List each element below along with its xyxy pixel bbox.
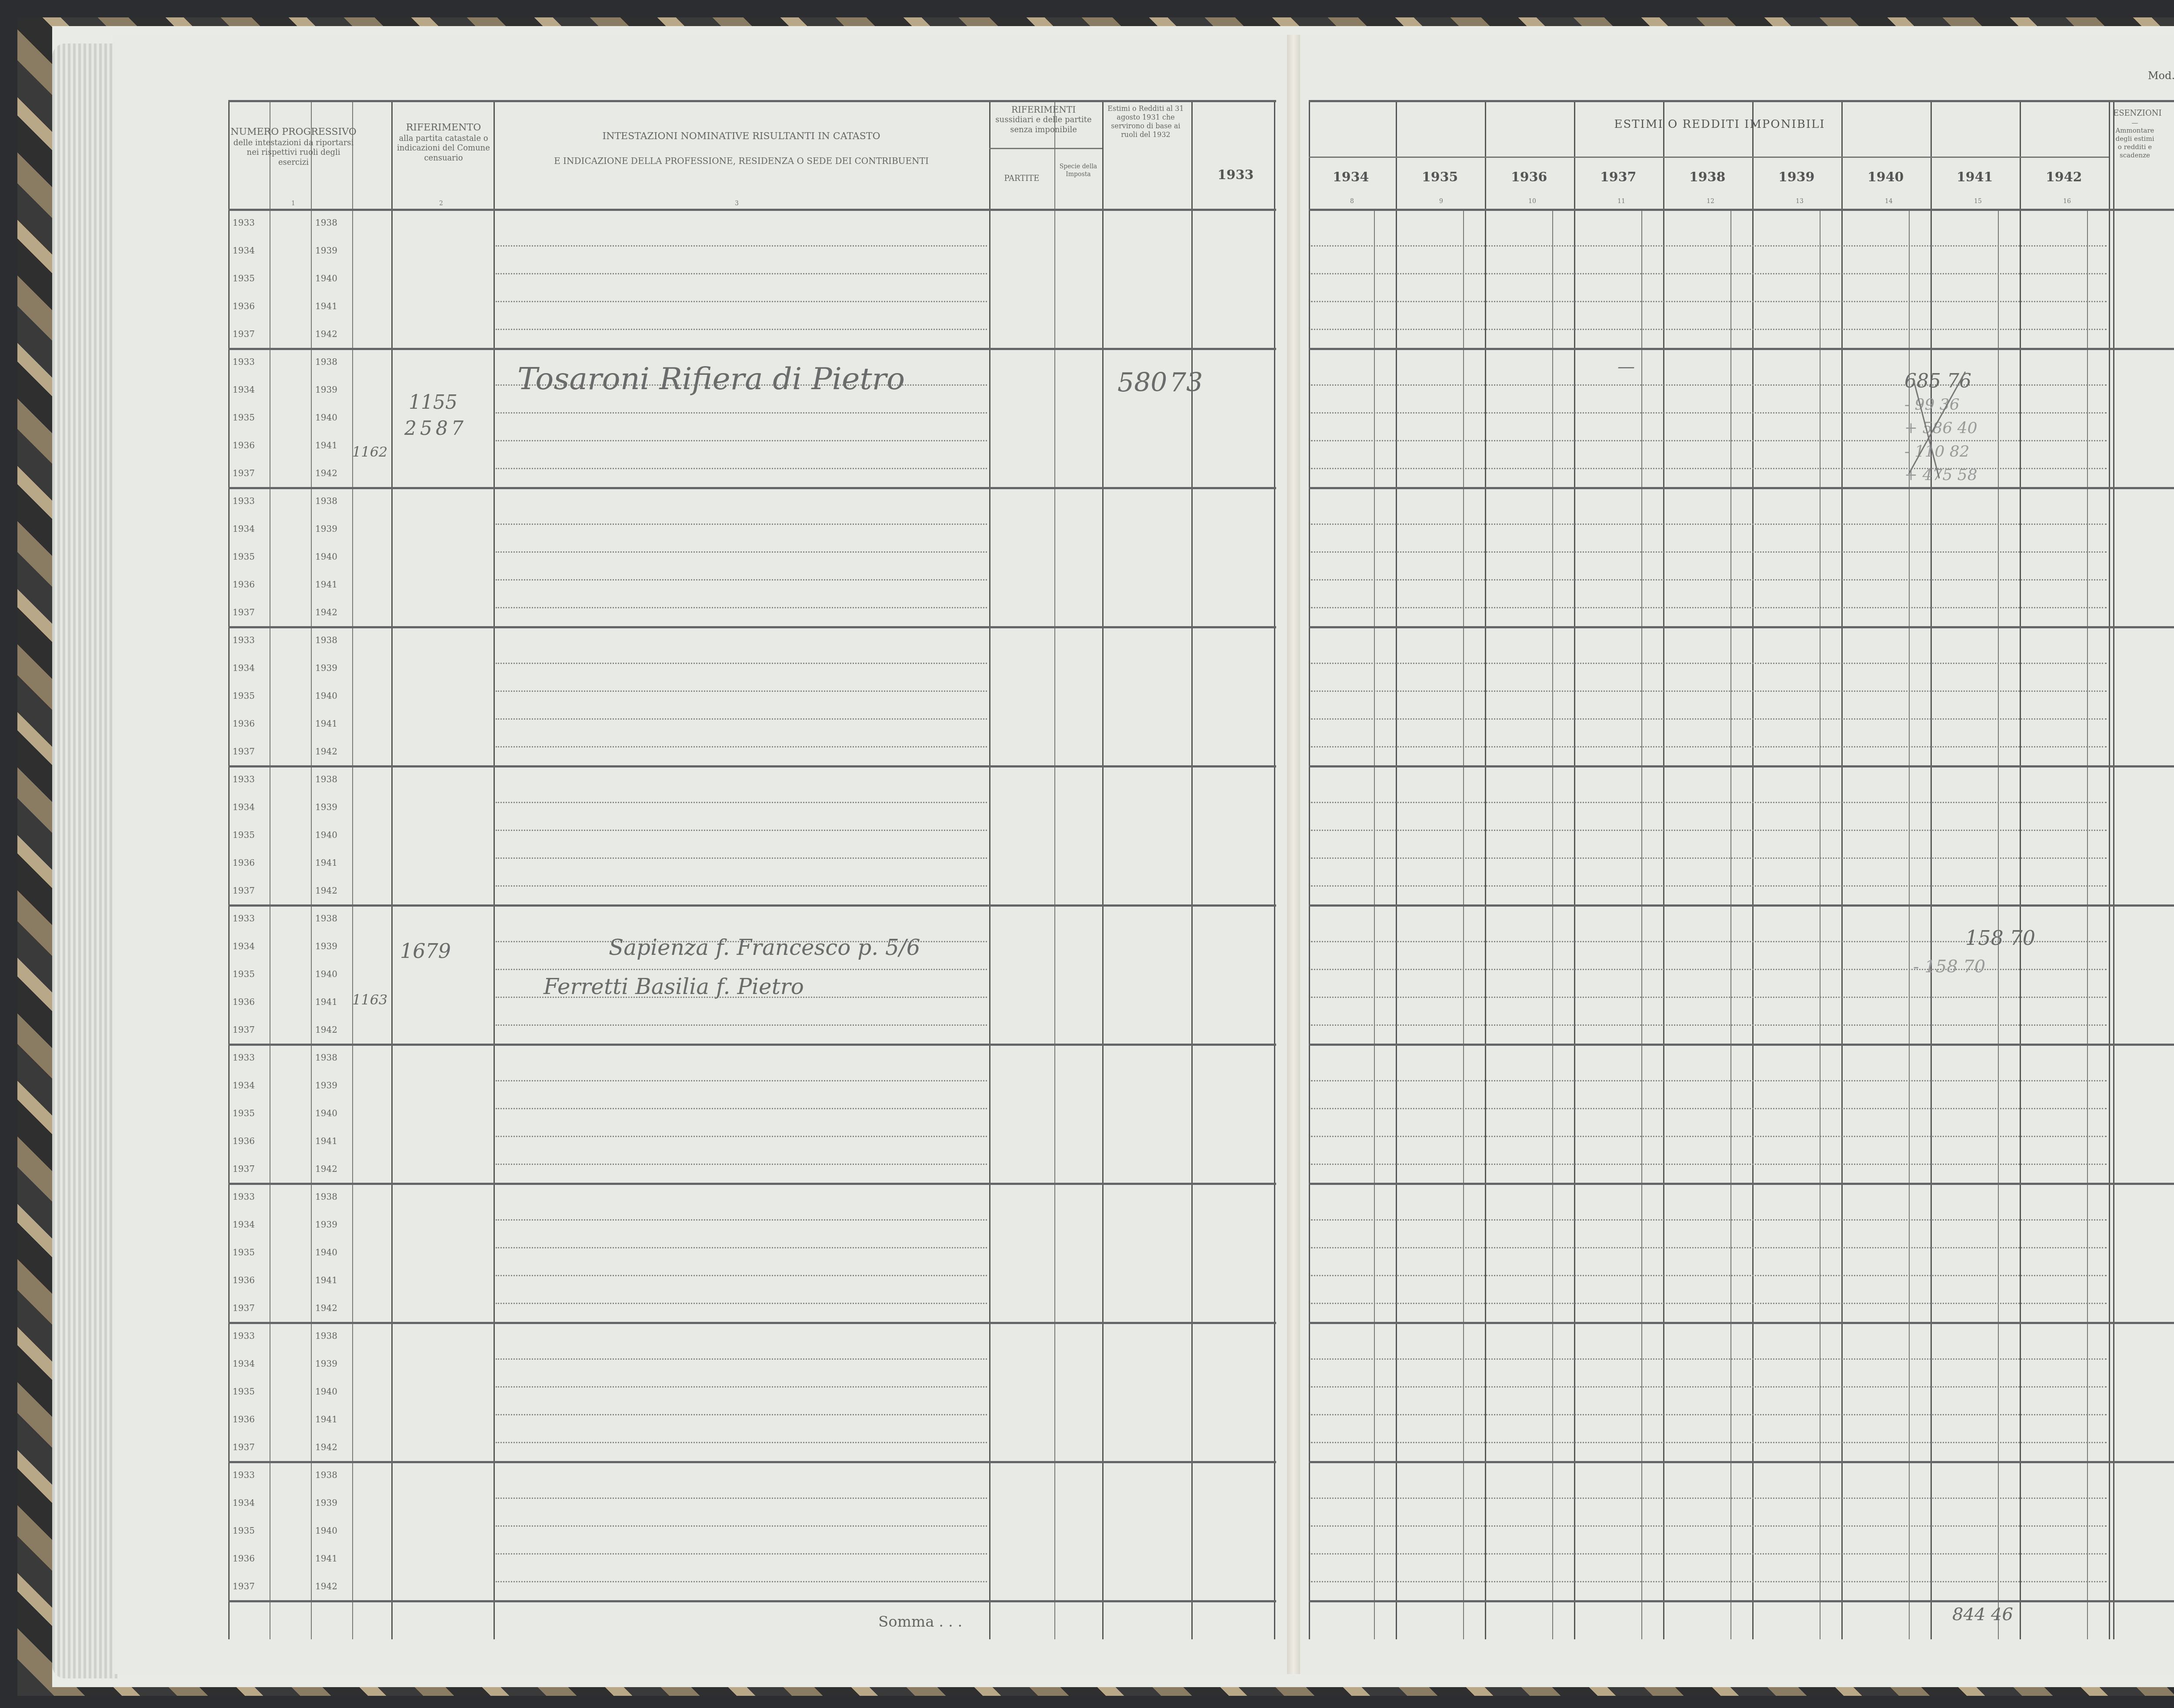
header-year-1935: 1935 (1422, 170, 1458, 185)
year-left: 1934 (233, 802, 255, 812)
year-left: 1933 (233, 496, 255, 506)
year-left: 1936 (233, 857, 255, 868)
dotted-row (1311, 1525, 2107, 1527)
block-separator (1309, 1600, 2174, 1602)
year-right: 1940 (315, 1525, 337, 1536)
year-right: 1940 (315, 969, 337, 979)
dotted-row (496, 579, 987, 580)
year-right: 1942 (315, 468, 337, 478)
year-right: 1939 (315, 663, 337, 673)
block-separator (228, 765, 1276, 767)
col-num: 14 (1885, 198, 1893, 205)
year-left: 1937 (233, 1442, 255, 1452)
block-separator (228, 1322, 1276, 1324)
year-left: 1935 (233, 1108, 255, 1118)
grid-vline (1931, 100, 1932, 1639)
dotted-row (496, 1581, 987, 1582)
block-separator (228, 1183, 1276, 1185)
col-num: 8 (1350, 198, 1354, 205)
grid-vline (228, 100, 230, 1639)
year-left: 1937 (233, 468, 255, 478)
year-right: 1939 (315, 524, 337, 534)
grid-cents-line (1374, 209, 1375, 1639)
year-right: 1941 (315, 718, 337, 729)
year-right: 1940 (315, 1386, 337, 1397)
year-left: 1935 (233, 1247, 255, 1258)
grid-vline (1841, 100, 1843, 1639)
year-right: 1941 (315, 1275, 337, 1285)
dotted-row (496, 245, 987, 247)
col-num-3: 3 (735, 200, 739, 207)
block-separator (1309, 1322, 2174, 1324)
grid-vline (352, 100, 353, 1639)
grid-header-bottom-left (228, 209, 1276, 211)
grid-vline (1309, 100, 1310, 1639)
dotted-row (496, 273, 987, 274)
header-year-1933: 1933 (1217, 167, 1254, 183)
year-left: 1937 (233, 1581, 255, 1591)
dotted-row (496, 830, 987, 831)
dotted-row (496, 969, 987, 970)
year-right: 1938 (315, 1470, 337, 1480)
header-esenzioni: ESENZIONI — Ammontare degli estimi o red… (2113, 109, 2157, 159)
dotted-row (496, 802, 987, 803)
year-left: 1936 (233, 1414, 255, 1424)
dotted-row (496, 1303, 987, 1304)
year-left: 1934 (233, 384, 255, 395)
block-separator (1309, 1183, 2174, 1185)
grid-vline (493, 100, 495, 1639)
year-right: 1942 (315, 1164, 337, 1174)
year-right: 1941 (315, 1553, 337, 1564)
year-right: 1939 (315, 1080, 337, 1091)
dotted-row (496, 468, 987, 469)
year-left: 1933 (233, 1191, 255, 1202)
dotted-row (496, 1247, 987, 1248)
header-year-1942: 1942 (2046, 170, 2082, 185)
year-right: 1938 (315, 496, 337, 506)
year-left: 1936 (233, 301, 255, 311)
dotted-row (496, 1525, 987, 1527)
header-specie-imposta: Specie della Imposta (1054, 163, 1102, 178)
year-left: 1933 (233, 1470, 255, 1480)
dotted-row (1311, 1498, 2107, 1499)
year-right: 1938 (315, 1331, 337, 1341)
year-left: 1935 (233, 412, 255, 423)
dotted-row (496, 1164, 987, 1165)
block-separator (228, 1044, 1276, 1046)
entry-ref-top: 1155 (409, 391, 457, 414)
dotted-row (1311, 1024, 2107, 1026)
col-num: 11 (1617, 198, 1625, 205)
dotted-row (1311, 969, 2107, 970)
dotted-row (1311, 802, 2107, 803)
grid-vline (391, 100, 393, 1639)
dotted-row (496, 1553, 987, 1555)
grid-vline (2020, 100, 2021, 1639)
grid-vline (1574, 100, 1575, 1639)
year-right: 1938 (315, 774, 337, 784)
header-year-1938: 1938 (1689, 170, 1726, 185)
dotted-row (1311, 1303, 2107, 1304)
right-page (1300, 35, 2174, 1674)
header-riferimenti: RIFERIMENTI sussidiari e delle partite s… (989, 104, 1098, 135)
entry2-ref: 1679 (400, 939, 451, 963)
dotted-row (1311, 830, 2107, 831)
col-num-1: 1 (291, 200, 295, 207)
year-left: 1933 (233, 913, 255, 924)
dotted-row (1311, 1164, 2107, 1165)
entry-estimi-1931: 580 (1117, 367, 1167, 398)
year-left: 1937 (233, 1164, 255, 1174)
block-separator (228, 1600, 1276, 1602)
year-right: 1939 (315, 941, 337, 951)
strike-cross (1904, 370, 2009, 483)
col-num: 9 (1439, 198, 1443, 205)
year-left: 1935 (233, 691, 255, 701)
year-right: 1939 (315, 245, 337, 256)
entry-ref-bottom: 2587 (404, 417, 467, 440)
year-left: 1933 (233, 1052, 255, 1063)
dotted-row (496, 857, 987, 859)
year-left: 1937 (233, 329, 255, 339)
dotted-row (496, 746, 987, 747)
dotted-row (1311, 524, 2107, 525)
book-gutter (1287, 35, 1300, 1674)
year-left: 1935 (233, 969, 255, 979)
dotted-row (1311, 245, 2107, 247)
block-separator (1309, 626, 2174, 628)
year-right: 1938 (315, 357, 337, 367)
block-separator (1309, 1461, 2174, 1463)
col-num: 12 (1707, 198, 1714, 205)
year-left: 1936 (233, 440, 255, 450)
entry2-side-number: 1163 (352, 991, 387, 1008)
year-right: 1941 (315, 579, 337, 590)
dotted-row (1311, 1136, 2107, 1137)
block-separator (228, 626, 1276, 628)
grid-vline (1054, 100, 1055, 1639)
year-right: 1942 (315, 329, 337, 339)
year-left: 1933 (233, 217, 255, 228)
entry-estimi-1931-cents: 73 (1170, 367, 1203, 398)
col-num: 10 (1528, 198, 1536, 205)
col-num: 16 (2063, 198, 2071, 205)
year-left: 1933 (233, 1331, 255, 1341)
grid-cents-line (1552, 209, 1553, 1639)
year-right: 1939 (315, 1358, 337, 1369)
left-page (113, 35, 1287, 1674)
year-left: 1936 (233, 997, 255, 1007)
year-right: 1941 (315, 1414, 337, 1424)
grid-vline (1752, 100, 1754, 1639)
dotted-row (496, 440, 987, 441)
header-year-1940: 1940 (1867, 170, 1904, 185)
dotted-row (1311, 1386, 2107, 1388)
year-left: 1934 (233, 1219, 255, 1230)
grid-vline (1663, 100, 1664, 1639)
grid-vline (270, 100, 270, 1639)
year-left: 1937 (233, 746, 255, 757)
dotted-row (1311, 579, 2107, 580)
year-right: 1940 (315, 273, 337, 284)
dotted-row (496, 1414, 987, 1415)
header-estimi-imponibili: ESTIMI O REDDITI IMPONIBILI (1326, 117, 2113, 132)
year-right: 1938 (315, 1191, 337, 1202)
dotted-row (1311, 885, 2107, 887)
year-left: 1933 (233, 357, 255, 367)
year-right: 1940 (315, 412, 337, 423)
year-right: 1942 (315, 607, 337, 617)
year-right: 1938 (315, 635, 337, 645)
dotted-row (496, 718, 987, 720)
year-left: 1934 (233, 524, 255, 534)
year-left: 1934 (233, 1358, 255, 1369)
dotted-row (1311, 301, 2107, 302)
year-left: 1936 (233, 718, 255, 729)
year-right: 1941 (315, 1136, 337, 1146)
dotted-row (496, 1108, 987, 1109)
grid-years-top (1309, 157, 2109, 158)
year-right: 1942 (315, 1581, 337, 1591)
dotted-row (1311, 607, 2107, 608)
dotted-row (496, 1358, 987, 1360)
year-left: 1935 (233, 1525, 255, 1536)
header-year-1941: 1941 (1957, 170, 1993, 185)
year-right: 1941 (315, 857, 337, 868)
grid-top-left (228, 100, 1276, 102)
header-year-1936: 1936 (1511, 170, 1547, 185)
year-right: 1942 (315, 746, 337, 757)
block-separator (228, 487, 1276, 489)
grid-vline (1191, 100, 1193, 1639)
dotted-row (496, 412, 987, 414)
year-right: 1941 (315, 440, 337, 450)
dotted-row (496, 1498, 987, 1499)
year-right: 1941 (315, 997, 337, 1007)
grid-cents-line (1731, 209, 1731, 1639)
year-right: 1942 (315, 1024, 337, 1035)
dotted-row (1311, 1108, 2107, 1109)
grid-cents-line (1463, 209, 1464, 1639)
year-right: 1940 (315, 551, 337, 562)
year-right: 1942 (315, 885, 337, 896)
entry-dash: — (1617, 357, 1635, 377)
entry2-1941-correction: - 158 70 (1913, 957, 1985, 977)
year-right: 1942 (315, 1442, 337, 1452)
dotted-row (496, 663, 987, 664)
block-separator (1309, 348, 2174, 350)
dotted-row (1311, 1442, 2107, 1443)
year-left: 1936 (233, 579, 255, 590)
year-left: 1933 (233, 635, 255, 645)
dotted-row (496, 1080, 987, 1081)
block-separator (228, 904, 1276, 907)
block-separator (1309, 1044, 2174, 1046)
grid-cents-line (1641, 209, 1642, 1639)
dotted-row (1311, 1247, 2107, 1248)
year-right: 1938 (315, 1052, 337, 1063)
year-left: 1936 (233, 1553, 255, 1564)
year-right: 1939 (315, 802, 337, 812)
grid-cents-line (2087, 209, 2088, 1639)
grid-header-bottom-right (1309, 209, 2174, 211)
dotted-row (1311, 857, 2107, 859)
dotted-row (496, 1442, 987, 1443)
dotted-row (1311, 1581, 2107, 1582)
year-left: 1933 (233, 774, 255, 784)
dotted-row (1311, 1080, 2107, 1081)
entry2-name-line1: Sapienza f. Francesco p. 5/6 (609, 935, 920, 960)
dotted-row (496, 885, 987, 887)
dotted-row (1311, 329, 2107, 330)
grid-vline (2113, 100, 2114, 1639)
dotted-row (496, 691, 987, 692)
year-left: 1935 (233, 273, 255, 284)
entry2-1941-value: 158 70 (1965, 926, 2035, 950)
block-separator (1309, 487, 2174, 489)
year-left: 1936 (233, 1136, 255, 1146)
year-right: 1940 (315, 1108, 337, 1118)
dotted-row (1311, 691, 2107, 692)
header-year-1934: 1934 (1333, 170, 1369, 185)
dotted-row (1311, 1219, 2107, 1221)
sum-1941: 844 46 (1952, 1605, 2013, 1625)
header-intestazioni: INTESTAZIONI NOMINATIVE RISULTANTI IN CA… (496, 130, 987, 167)
page-edges-left (52, 43, 117, 1678)
grid-vline (2109, 100, 2110, 1639)
year-left: 1934 (233, 245, 255, 256)
dotted-row (1311, 273, 2107, 274)
year-right: 1940 (315, 830, 337, 840)
year-right: 1939 (315, 1498, 337, 1508)
year-left: 1935 (233, 551, 255, 562)
year-left: 1934 (233, 663, 255, 673)
dotted-row (1311, 1414, 2107, 1415)
dotted-row (1311, 1553, 2107, 1555)
block-separator (1309, 765, 2174, 767)
year-left: 1935 (233, 830, 255, 840)
dotted-row (496, 1024, 987, 1026)
year-left: 1937 (233, 607, 255, 617)
year-right: 1938 (315, 217, 337, 228)
year-left: 1934 (233, 1498, 255, 1508)
year-right: 1939 (315, 1219, 337, 1230)
dotted-row (496, 301, 987, 302)
dotted-row (496, 1275, 987, 1276)
col-num: 15 (1974, 198, 1982, 205)
header-estimi-1931: Estimi o Redditi al 31 agosto 1931 che s… (1102, 104, 1189, 139)
year-left: 1937 (233, 885, 255, 896)
year-left: 1937 (233, 1303, 255, 1313)
entry2-name-line2: Ferretti Basilia f. Pietro (543, 974, 804, 999)
header-year-1937: 1937 (1600, 170, 1637, 185)
year-right: 1941 (315, 301, 337, 311)
year-left: 1934 (233, 941, 255, 951)
year-left: 1936 (233, 1275, 255, 1285)
year-right: 1940 (315, 691, 337, 701)
year-left: 1934 (233, 1080, 255, 1091)
grid-vline (1102, 100, 1104, 1639)
grid-top-right (1309, 100, 2174, 102)
header-numero-progressivo: NUMERO PROGRESSIVO delle intestazioni da… (230, 126, 357, 167)
entry-side-number: 1162 (352, 444, 387, 460)
block-separator (1309, 904, 2174, 907)
col-num-2: 2 (439, 200, 443, 207)
grid-vline (311, 100, 312, 1639)
dotted-row (496, 551, 987, 553)
dotted-row (1311, 718, 2107, 720)
year-right: 1939 (315, 384, 337, 395)
grid-vline (1485, 100, 1486, 1639)
year-left: 1935 (233, 1386, 255, 1397)
block-separator (228, 1461, 1276, 1463)
dotted-row (496, 1219, 987, 1221)
year-right: 1938 (315, 913, 337, 924)
dotted-row (496, 1136, 987, 1137)
year-right: 1942 (315, 1303, 337, 1313)
grid-riferimenti-split (989, 148, 1102, 149)
block-separator (228, 348, 1276, 350)
dotted-row (1311, 1275, 2107, 1276)
grid-vline (989, 100, 990, 1639)
year-left: 1937 (233, 1024, 255, 1035)
dotted-row (1311, 997, 2107, 998)
dotted-row (1311, 551, 2107, 553)
header-riferimento: RIFERIMENTO alla partita catastale o ind… (393, 122, 493, 163)
dotted-row (496, 1386, 987, 1388)
dotted-row (496, 329, 987, 330)
header-year-1939: 1939 (1778, 170, 1815, 185)
entry-name: Tosaroni Rifiera di Pietro (517, 361, 905, 397)
header-partite: PARTITE (989, 174, 1054, 184)
form-title: Mod. 111 - Imposte Dirette (Intercalare)… (2148, 70, 2174, 82)
grid-vline (1274, 100, 1275, 1639)
year-right: 1940 (315, 1247, 337, 1258)
dotted-row (1311, 1358, 2107, 1360)
dotted-row (1311, 663, 2107, 664)
dotted-row (496, 607, 987, 608)
sum-label: Somma . . . (878, 1613, 962, 1631)
dotted-row (1311, 746, 2107, 747)
col-num: 13 (1796, 198, 1804, 205)
grid-vline (1396, 100, 1397, 1639)
dotted-row (496, 524, 987, 525)
grid-cents-line (1820, 209, 1821, 1639)
